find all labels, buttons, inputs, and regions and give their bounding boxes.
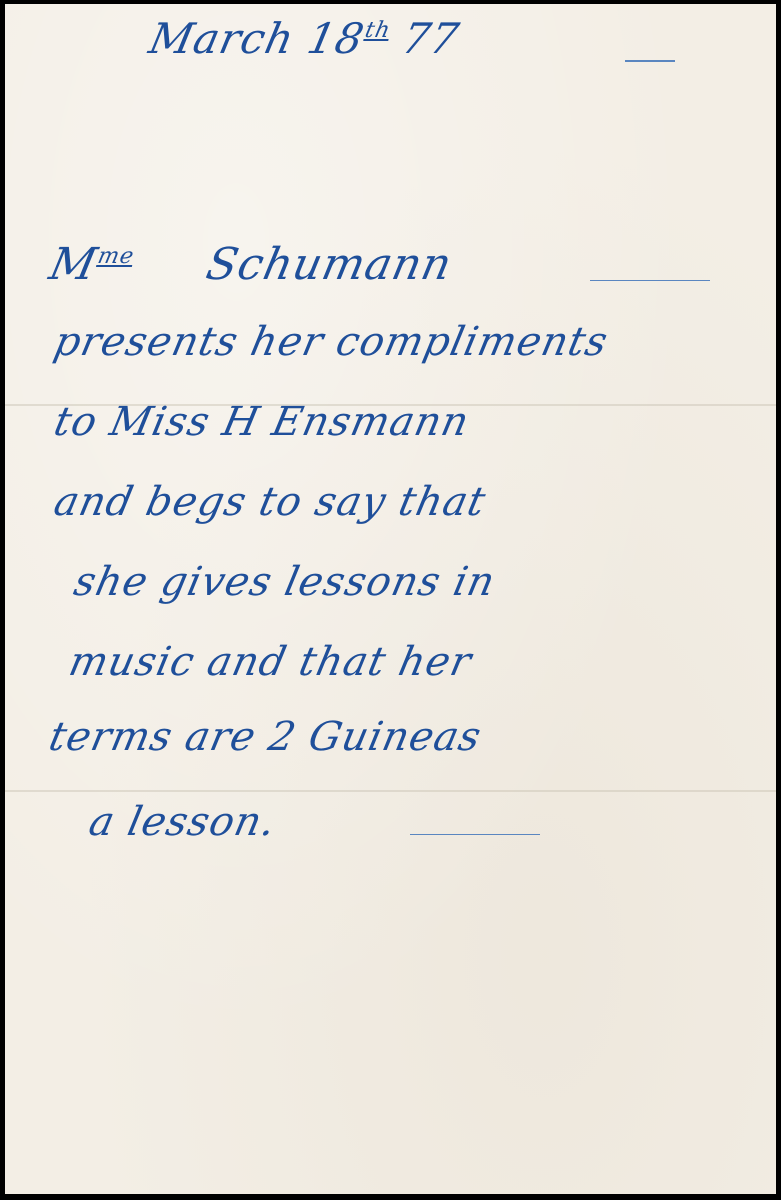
date-trailing-dash bbox=[625, 60, 675, 62]
date-day-suffix: th bbox=[363, 18, 393, 43]
title-prefix: M bbox=[45, 239, 102, 290]
letter-page: March 18th 77 Mme Schumann presents her … bbox=[5, 4, 776, 1194]
title-superscript: me bbox=[96, 244, 137, 269]
date-day: 18 bbox=[303, 14, 369, 63]
date-month: March bbox=[145, 14, 299, 63]
date-year: 77 bbox=[398, 14, 464, 63]
letter-line-6: music and that her bbox=[65, 639, 476, 685]
letter-line-4: and begs to say that bbox=[50, 479, 490, 525]
closing-dash bbox=[410, 834, 540, 835]
letter-line-5: she gives lessons in bbox=[70, 559, 500, 605]
sender-surname: Schumann bbox=[202, 239, 457, 290]
letter-line-3: to Miss H Ensmann bbox=[50, 399, 474, 445]
sender-name-line: Mme Schumann bbox=[45, 239, 457, 290]
letter-date: March 18th 77 bbox=[145, 14, 464, 63]
letter-line-8: a lesson. bbox=[85, 799, 280, 845]
letter-line-7: terms are 2 Guineas bbox=[45, 714, 486, 760]
paper-fold-line bbox=[5, 790, 776, 792]
letter-line-2: presents her compliments bbox=[50, 319, 612, 365]
name-trailing-dash bbox=[590, 280, 710, 281]
